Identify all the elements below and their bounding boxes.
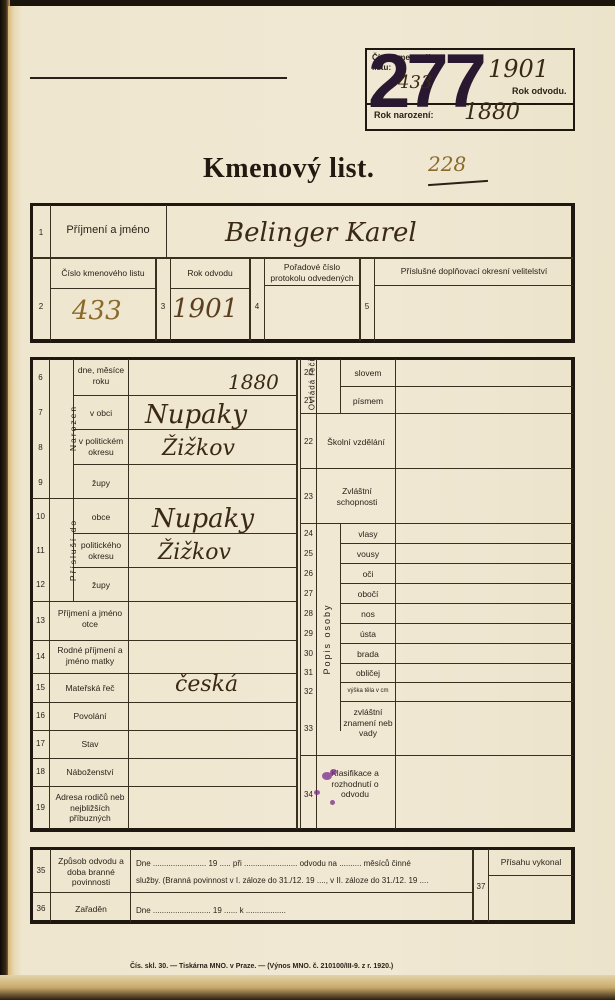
row-num-18: 18 — [32, 767, 49, 776]
divider — [171, 288, 249, 289]
divider — [341, 603, 573, 604]
divider — [301, 468, 573, 469]
hw-birth-town: Nupaky — [145, 400, 247, 430]
divider — [374, 259, 375, 341]
row-num-12: 12 — [32, 580, 49, 589]
hw-domicile-district: Žižkov — [158, 540, 231, 565]
label-zaraden: Zařaděn — [52, 904, 130, 915]
divider — [32, 640, 296, 641]
divider — [32, 601, 296, 602]
label-stav: Stav — [52, 739, 128, 750]
hw-birth-year: 1880 — [228, 370, 279, 394]
hw-domicile-town: Nupaky — [152, 504, 254, 534]
label-oboci: obočí — [341, 589, 395, 600]
row-num-32: 32 — [301, 687, 316, 696]
hw-title-number: 228 — [428, 152, 466, 176]
hw-mother-tongue: česká — [175, 672, 238, 697]
row-num-14: 14 — [32, 652, 49, 661]
divider — [301, 413, 573, 414]
label-v-politickem-okresu: v politickém okresu — [74, 436, 128, 457]
divider — [32, 257, 573, 259]
divider — [32, 673, 296, 674]
row-num-2: 2 — [33, 302, 49, 311]
group-label-popis-osoby: Popis osoby — [322, 594, 332, 684]
divider — [249, 259, 251, 341]
divider — [50, 205, 51, 257]
divider — [341, 682, 573, 683]
divider — [341, 701, 573, 702]
hw-cislo: 433 — [398, 72, 432, 93]
row-num-6: 6 — [32, 373, 49, 382]
label-vousy: vousy — [341, 549, 395, 560]
divider — [489, 875, 573, 876]
row-num-37: 37 — [474, 882, 488, 891]
divider — [341, 563, 573, 564]
divider — [316, 359, 317, 829]
label-rok-narozeni: Rok narození: — [374, 110, 434, 120]
divider — [32, 786, 296, 787]
divider — [32, 702, 296, 703]
text-35-line1: Dne ........................ 19 ..... př… — [136, 859, 472, 869]
hw-rok-odvodu-value: 1901 — [172, 294, 238, 324]
divider — [488, 849, 489, 922]
group-label-narozen: Narozen — [68, 383, 78, 473]
label-rok-odvodu: Rok odvodu. — [512, 86, 567, 96]
label-oci: oči — [341, 569, 395, 580]
divider — [32, 730, 296, 731]
divider — [341, 543, 573, 544]
row-num-30: 30 — [301, 649, 316, 658]
row-num-29: 29 — [301, 629, 316, 638]
row-num-9: 9 — [32, 478, 49, 487]
row-num-4: 4 — [251, 302, 263, 311]
label-jmeno-matky: Rodné příjmení a jméno matky — [52, 645, 128, 666]
hw-cislo-value: 433 — [72, 296, 122, 326]
divider — [130, 849, 131, 922]
page-title: Kmenový list. — [203, 153, 374, 185]
row-num-17: 17 — [32, 739, 49, 748]
col-header-poradove-cislo: Pořadové číslo protokolu odvedených — [266, 262, 358, 283]
divider — [375, 285, 573, 286]
row-num-10: 10 — [32, 512, 49, 521]
row-num-26: 26 — [301, 569, 316, 578]
row-num-22: 22 — [301, 437, 316, 446]
label-adresa-rodicu: Adresa rodičů neb nejbližších příbuzných — [52, 792, 128, 824]
divider — [74, 464, 296, 465]
paper-bottom-edge — [0, 975, 615, 1000]
divider — [170, 259, 171, 341]
divider — [74, 395, 296, 396]
divider — [341, 386, 573, 387]
divider — [301, 755, 573, 756]
divider — [51, 288, 155, 289]
row-num-27: 27 — [301, 589, 316, 598]
row-num-15: 15 — [32, 683, 49, 692]
label-oblicej: obličej — [341, 668, 395, 679]
row-num-28: 28 — [301, 609, 316, 618]
divider — [50, 849, 51, 922]
label-dne-mesice-roku: dne, měsíce roku — [74, 365, 128, 386]
row-num-25: 25 — [301, 549, 316, 558]
row-num-11: 11 — [32, 546, 49, 555]
label-vyska-tela: výška těla v cm — [341, 688, 395, 696]
label-prijmeni-jmeno: Příjmení a jméno — [52, 224, 164, 238]
label-zvlastni-schopnosti: Zvláštní schopnosti — [330, 486, 384, 507]
divider — [32, 892, 472, 893]
divider — [341, 643, 573, 644]
label-prisahu-vykonal: Přísahu vykonal — [490, 857, 572, 868]
hw-rok-narozeni: 1880 — [464, 100, 520, 125]
divider — [264, 259, 265, 341]
divider — [296, 359, 298, 829]
divider — [32, 498, 296, 499]
row-num-3: 3 — [157, 302, 169, 311]
label-vlasy: vlasy — [341, 529, 395, 540]
divider — [74, 567, 296, 568]
divider — [155, 259, 157, 341]
label-materska-rec: Mateřská řeč — [52, 683, 128, 694]
label-politickeho-okresu: politického okresu — [74, 540, 128, 561]
top-rule-line — [30, 77, 287, 79]
col-header-doplnovaci: Příslušné doplňovací okresní velitelství — [376, 266, 572, 277]
row-num-31: 31 — [301, 668, 316, 677]
label-jmeno-otce: Příjmení a jméno otce — [52, 608, 128, 629]
ink-stain — [330, 769, 337, 775]
label-slovem: slovem — [341, 368, 395, 379]
row-num-33: 33 — [301, 724, 316, 733]
ink-stain — [314, 790, 320, 795]
label-zupy-2: župy — [74, 580, 128, 591]
row-num-20: 20 — [301, 368, 316, 377]
row-num-1: 1 — [33, 228, 49, 237]
label-usta: ústa — [341, 629, 395, 640]
row-num-35: 35 — [32, 866, 50, 875]
row-num-13: 13 — [32, 616, 49, 625]
row-num-5: 5 — [361, 302, 373, 311]
label-povolani: Povolání — [52, 711, 128, 722]
row-num-8: 8 — [32, 443, 49, 452]
col-header-rok-odvodu: Rok odvodu — [172, 268, 248, 279]
row-num-16: 16 — [32, 711, 49, 720]
divider — [341, 583, 573, 584]
row-num-36: 36 — [32, 904, 50, 913]
divider — [359, 259, 361, 341]
label-nos: nos — [341, 609, 395, 620]
label-obce: obce — [74, 512, 128, 523]
row-num-19: 19 — [32, 803, 49, 812]
col-header-cislo: Číslo kmenového listu — [52, 268, 154, 279]
ink-stain — [330, 800, 335, 805]
row-num-23: 23 — [301, 492, 316, 501]
divider — [50, 259, 51, 341]
label-zpusob-odvodu: Způsob odvodu a doba branné povinnosti — [52, 856, 130, 888]
row-num-21: 21 — [301, 396, 316, 405]
divider — [341, 623, 573, 624]
label-nabozenstvi: Náboženství — [52, 767, 128, 778]
text-36-line1: Dne .......................... 19 ......… — [136, 906, 472, 916]
label-pismem: písmem — [341, 396, 395, 407]
divider — [265, 285, 359, 286]
group-label-ovlada-reci: Ovládá řeči — [308, 355, 317, 415]
row-num-24: 24 — [301, 529, 316, 538]
hw-rok-odvodu: 1901 — [488, 55, 549, 83]
text-35-line2: služby. (Branná povinnost v I. záloze do… — [136, 876, 472, 886]
footer-print-note: Čís. skl. 30. — Tiskárna MNO. v Praze. —… — [130, 963, 393, 970]
divider — [301, 523, 573, 524]
divider — [32, 758, 296, 759]
row-num-7: 7 — [32, 408, 49, 417]
divider — [395, 359, 396, 829]
label-zupy: župy — [74, 478, 128, 489]
label-skolni-vzdelani: Školní vzdělání — [317, 437, 395, 448]
divider — [166, 205, 167, 257]
label-zvlastni-znameni: zvláštní znamení neb vady — [341, 707, 395, 739]
label-v-obci: v obci — [74, 408, 128, 419]
hw-name-value: Belinger Karel — [225, 218, 417, 248]
hw-birth-district: Žižkov — [162, 436, 235, 461]
divider — [341, 663, 573, 664]
label-brada: brada — [341, 649, 395, 660]
